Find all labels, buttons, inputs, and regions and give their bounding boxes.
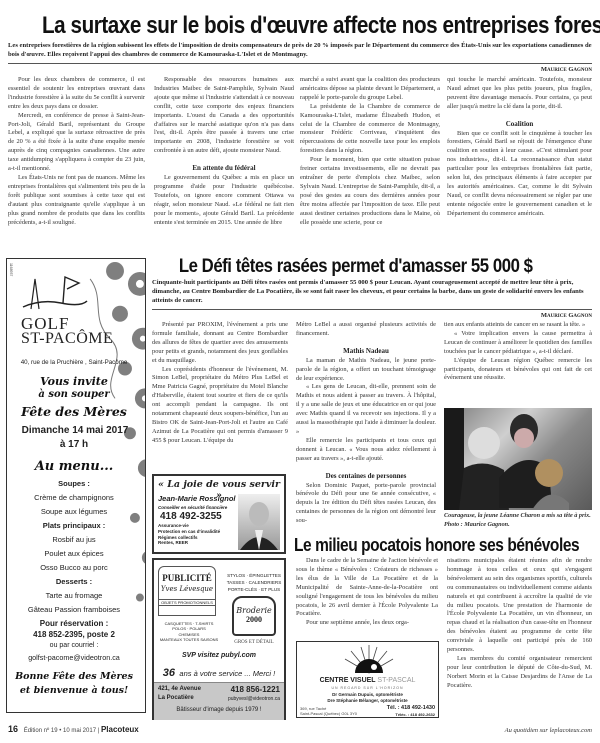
- paragraph: nisations municipales étaient réunies af…: [447, 557, 592, 655]
- menu-heading: Plats principaux :: [7, 519, 141, 533]
- article1-headline: La surtaxe sur le bois d'œuvre affecte n…: [42, 12, 558, 40]
- menu-item: Soupe aux légumes: [7, 505, 141, 519]
- photo-people-icon: [444, 408, 592, 510]
- article2-headline: Le Défi têtes rasées permet d'amasser 55…: [170, 256, 541, 278]
- visuel-tagline: UN REGARD SUR L'HORIZON: [297, 686, 438, 690]
- products-right: STYLOS · ÉPINGLETTES TASSES · CALENDRIER…: [222, 572, 286, 593]
- event-date: Dimanche 14 mai 2017: [7, 425, 143, 436]
- subhead: Des centaines de personnes: [296, 472, 436, 481]
- address-line2: Saint-Pascal (Québec) G0L 3Y0: [300, 711, 357, 716]
- portrait-person-icon: [238, 494, 280, 550]
- years-number: 36: [163, 667, 175, 679]
- paragraph: marché a suivi avant que la coalition de…: [300, 76, 440, 103]
- photo-caption: Courageuse, la jeune Léanne Charon a mis…: [444, 512, 592, 529]
- services-list: Assurance-vie Protection en cas d'invali…: [158, 523, 220, 546]
- logo-text: PUBLICITÉ: [159, 573, 215, 583]
- paragraph: Mercredi, en conférence de presse à Sain…: [8, 112, 145, 174]
- article2-byline: Maurice Gagnon: [400, 312, 592, 319]
- golf-flag-logo-icon: [21, 273, 91, 311]
- visuel-name: CENTRE VISUEL ST-PASCAL: [297, 677, 438, 684]
- paragraph: qui touche le marché américain. Toutefoi…: [447, 76, 592, 112]
- paragraph: Responsable des ressources humaines aux …: [154, 76, 294, 156]
- golf-st-pacome-ad[interactable]: 1168937 GOLF ST-PACÔME 40, rue de la Pru…: [6, 258, 146, 713]
- gros-detail: GROS ET DÉTAIL: [222, 640, 286, 645]
- logo-script: Yves Lévesque: [159, 585, 215, 593]
- closing-line1: Bonne Fête des Mères: [7, 671, 141, 682]
- broderie-text: Broderie: [234, 606, 274, 615]
- menu-item: Gâteau Passion framboises: [7, 603, 141, 617]
- paragraph: Bien que ce conflit soit le cinquième à …: [447, 130, 592, 219]
- paragraph: La maman de Mathis Nadeau, le jeune port…: [296, 357, 436, 384]
- pub-phone[interactable]: 418 856-1221: [231, 685, 280, 694]
- golf-logo: GOLF ST-PACÔME: [21, 273, 113, 347]
- paragraph: Les coprésidents d'honneur de l'événemen…: [152, 366, 288, 446]
- visuel-name1: CENTRE VISUEL: [320, 677, 376, 684]
- article3-column-2: nisations municipales étaient réunies af…: [447, 557, 592, 691]
- subhead: Coalition: [447, 120, 592, 129]
- article3-column-1: Dans le cadre de la Semaine de l'action …: [296, 557, 438, 628]
- page-footer-right[interactable]: Au quotidien sur leplacoteux.com: [420, 727, 592, 734]
- event-name: Fête des Mères: [7, 404, 141, 419]
- menu-title: Au menu...: [7, 459, 141, 474]
- paragraph: Les États-Unis ne font pas de nuances. M…: [8, 174, 145, 227]
- brand-logo: Placoteux: [101, 725, 139, 734]
- paragraph: Selon Dominic Paquet, porte-parole provi…: [296, 482, 436, 527]
- visuel-address: 369, rue Taché Saint-Pascal (Québec) G0L…: [300, 706, 357, 716]
- event-time: à 17 h: [7, 439, 141, 450]
- address-line1: 421, 4e Avenue: [158, 686, 201, 692]
- article2-divider: [152, 309, 592, 310]
- article2-deck: Cinquante-huit participants au Défi tête…: [152, 279, 592, 305]
- paragraph: tien aux enfants atteints de cancer en s…: [444, 321, 592, 330]
- subhead: En attente du fédéral: [154, 164, 294, 173]
- years-line: 36 ans à votre service ... Merci !: [154, 663, 284, 681]
- paragraph: Les membres du comité organisateur remer…: [447, 655, 592, 691]
- pub-tagline: Bâtisseur d'image depuis 1979 !: [154, 707, 284, 713]
- product-item: TASSES · CALENDRIERS: [222, 579, 286, 586]
- subhead: Mathis Nadeau: [296, 347, 436, 356]
- product-item: STYLOS · ÉPINGLETTES: [222, 572, 286, 579]
- reservation-label: Pour réservation :: [7, 619, 141, 628]
- menu-heading: Desserts :: [7, 575, 141, 589]
- paragraph: Pour une septième année, les deux orga-: [296, 619, 438, 628]
- golf-logo-line1: GOLF: [21, 316, 113, 331]
- address-line2: La Pocatière: [158, 695, 194, 701]
- logo-banner: OBJETS PROMOTIONNELS: [159, 599, 215, 606]
- menu-heading: Soupes :: [7, 477, 141, 491]
- service-item: Protection en cas d'invalidité: [158, 529, 220, 535]
- paragraph: Présenté par PROXIM, l'événement a pris …: [152, 321, 288, 366]
- paragraph: Pour les deux chambres de commerce, il e…: [8, 76, 145, 112]
- article1-byline: Maurice Gagnon: [400, 66, 592, 73]
- article1-column-1: Pour les deux chambres de commerce, il e…: [8, 76, 145, 227]
- menu-item: Rosbif au jus: [7, 533, 141, 547]
- sunrise-logo-icon: [341, 645, 397, 675]
- article1-column-2: Responsable des ressources humaines aux …: [154, 76, 294, 228]
- menu-item: Osso Bucco au porc: [7, 561, 141, 575]
- product-item: MANTEAUX TOUTES SAISONS: [156, 637, 222, 642]
- article1-column-3: marché a suivi avant que la coalition de…: [300, 76, 440, 227]
- doctor-1: Dr Germain Dupuis, optométriste: [297, 692, 438, 697]
- email-label: ou par courriel :: [7, 642, 141, 649]
- website-link[interactable]: SVP visitez pubyl.com: [154, 652, 284, 659]
- paragraph: L'équipe de Leucan région Québec remerci…: [444, 357, 592, 384]
- page-number: 16: [8, 724, 18, 734]
- paragraph: « Les gens de Leucan, dit-elle, prennent…: [296, 383, 436, 436]
- menu-item: Poulet aux épices: [7, 547, 141, 561]
- broderie-logo: Broderie 2000: [232, 596, 276, 636]
- article3-headline: Le milieu pocatois honore ses bénévoles: [294, 535, 550, 556]
- advisor-phone[interactable]: 418 492-3255: [160, 511, 222, 522]
- photo-caption-block: Courageuse, la jeune Léanne Charon a mis…: [444, 512, 592, 529]
- publicite-yves-levesque-ad[interactable]: PUBLICITÉ Yves Lévesque OBJETS PROMOTION…: [152, 558, 286, 720]
- product-item: PORTE-CLÉS · ET PLUS: [222, 586, 286, 593]
- publicite-logo: PUBLICITÉ Yves Lévesque OBJETS PROMOTION…: [158, 566, 216, 616]
- closing-line2: et bienvenue à tous!: [7, 685, 141, 696]
- products-left: CASQUETTES · T-SHIRTS POLOS · POLARS CHE…: [156, 621, 222, 643]
- contact-band: 421, 4e Avenue La Pocatière 418 856-1221…: [154, 682, 284, 720]
- service-item: Rentes, REER: [158, 540, 220, 546]
- invite-line2: à son souper: [7, 389, 141, 400]
- pub-email[interactable]: pubyvesl@videotron.ca: [228, 696, 280, 702]
- years-text: ans à votre service ... Merci !: [179, 669, 275, 678]
- page-footer-left: 16 Édition nº 19 • 10 mai 2017 | Placote…: [8, 724, 139, 734]
- article1-divider: [8, 63, 592, 64]
- edition-info: Édition nº 19 • 10 mai 2017 |: [24, 728, 100, 734]
- doctor-2: Dre Stéphanie Bélanger, optométriste: [297, 698, 438, 703]
- advisor-title: Conseiller en sécurité financière: [158, 505, 227, 510]
- paragraph: Dans le cadre de la Semaine de l'action …: [296, 557, 438, 619]
- broderie-number: 2000: [234, 615, 274, 624]
- menu-item: Crème de champignons: [7, 491, 141, 505]
- paragraph: « Votre implication envers la cause perm…: [444, 330, 592, 357]
- invite-line1: Vous invite: [7, 375, 141, 388]
- leucan-photo: [444, 408, 592, 510]
- ad-code: 1168937: [9, 263, 13, 276]
- centre-visuel-ad[interactable]: CENTRE VISUEL ST-PASCAL UN REGARD SUR L'…: [296, 641, 439, 718]
- reservation-phone[interactable]: 418 852-2395, poste 2: [7, 630, 141, 639]
- visuel-phone[interactable]: Tél. : 418 492-1430: [387, 705, 435, 711]
- visuel-name2: ST-PASCAL: [377, 677, 415, 684]
- visuel-fax: Téléc. : 418 492-2632: [395, 712, 435, 717]
- paragraph: Métro LeBel a aussi organisé plusieurs a…: [296, 321, 436, 339]
- article1-column-4: qui touche le marché américain. Toutefoi…: [447, 76, 592, 219]
- reservation-email[interactable]: golfst-pacome@videotron.ca: [7, 653, 141, 662]
- paragraph: Le gouvernement du Québec a mis en place…: [154, 174, 294, 227]
- paragraph: La présidente de la Chambre de commerce …: [300, 103, 440, 156]
- menu-item: Tarte au fromage: [7, 589, 141, 603]
- rossignol-ad[interactable]: « La joie de vous servir » Jean-Marie Ro…: [152, 474, 286, 554]
- article2-column-2: Métro LeBel a aussi organisé plusieurs a…: [296, 321, 436, 526]
- advisor-name: Jean-Marie Rossignol: [158, 494, 236, 503]
- menu-list: Soupes : Crème de champignons Soupe aux …: [7, 477, 141, 617]
- article2-column-1: Présenté par PROXIM, l'événement a pris …: [152, 321, 288, 446]
- paragraph: Elle remercie les participants et tous c…: [296, 437, 436, 464]
- article2-column-3: tien aux enfants atteints de cancer en s…: [444, 321, 592, 383]
- advisor-portrait: [238, 494, 280, 550]
- golf-address: 40, rue de la Pruchière , Saint-Pacôme: [9, 359, 139, 366]
- paragraph: Pour le moment, bien que cette situation…: [300, 156, 440, 227]
- golf-logo-line2: ST-PACÔME: [21, 331, 113, 347]
- article1-deck: Les entreprises forestières de la région…: [8, 42, 592, 60]
